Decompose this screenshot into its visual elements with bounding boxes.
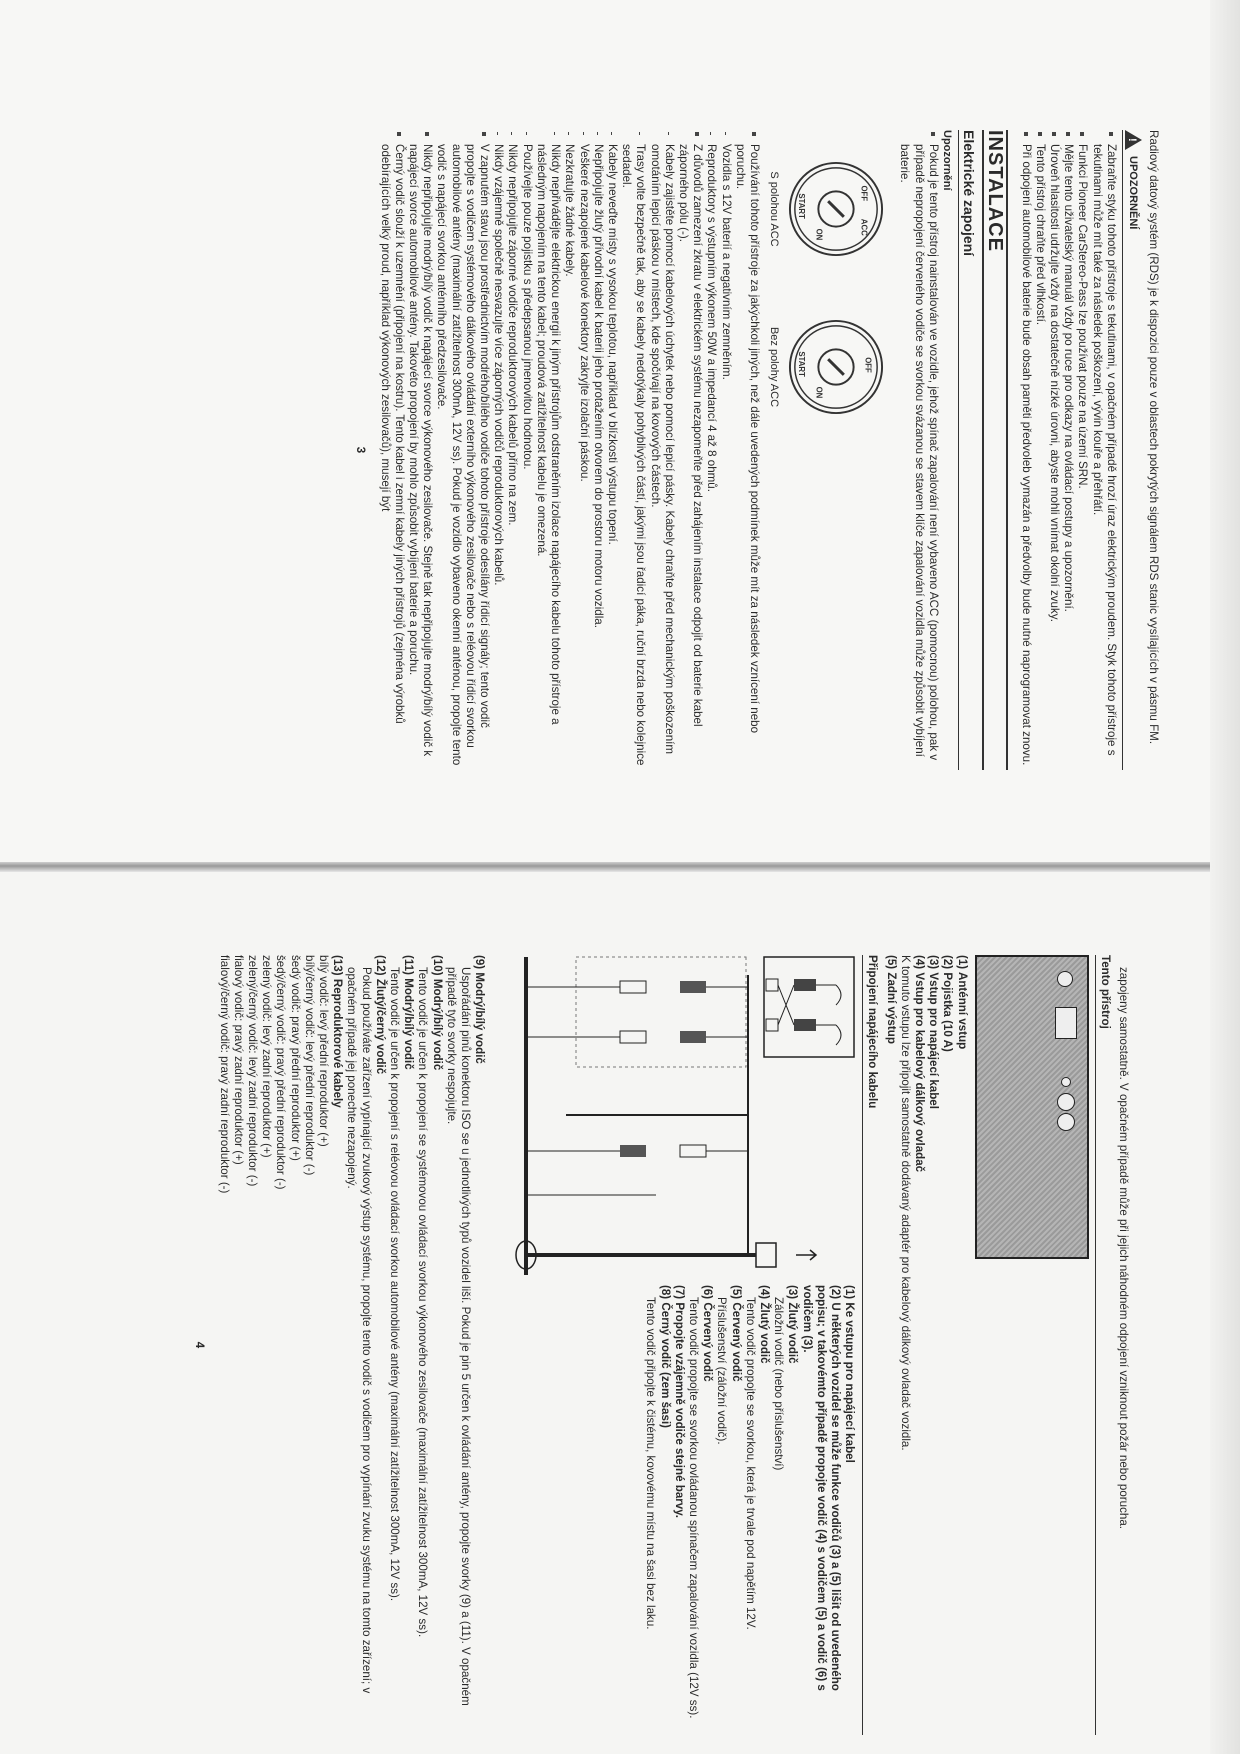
unit-part: (1) Anténní vstup [954, 955, 968, 1735]
wiring-diagram [486, 955, 856, 1275]
rear-output-left-icon [1057, 1093, 1075, 1111]
continuation-text: zapojeny samostatně. V opačném případě m… [1116, 955, 1130, 1735]
warning-triangle-icon [1125, 130, 1142, 150]
speaker-wire: fialový vodič: pravý zadní reproduktor (… [231, 955, 245, 1735]
rule-item: Reproduktory s výstupním výkonem 50W a i… [704, 130, 718, 770]
ignition-lock-acc-icon: OFF ACC ON START [787, 160, 885, 258]
rule-item: Kabely zajistěte pomocí kabelových úchyt… [647, 130, 675, 770]
warning-item: Funkci Pioneer CarStereo-Pass lze použív… [1075, 130, 1089, 770]
antenna-input-icon [1057, 971, 1073, 987]
warning-list: Zabraňte styku tohoto přístroje s tekuti… [1018, 130, 1117, 770]
speaker-wire: bílý/černý vodič: levý přední reprodukto… [302, 955, 316, 1735]
speaker-wire: šedý/černý vodič: pravý přední reprodukt… [273, 955, 287, 1735]
warning-item: Úroveň hlasitosti udržujte vždy na dosta… [1047, 130, 1061, 770]
ignition-key-figures: OFF ACC ON START S polohou ACC OFF ON ST… [767, 160, 885, 770]
rule-item: Nezkratujte žádné kabely. [562, 130, 576, 770]
wire-note: (6) Červený vodičTento vodič propojte se… [686, 1285, 714, 1735]
wire-note: (1) Ke vstupu pro napájecí kabel [842, 1285, 856, 1735]
remote-input-icon [1061, 1077, 1071, 1087]
svg-text:START: START [797, 193, 806, 219]
svg-text:OFF: OFF [860, 185, 869, 201]
rule-item: Kabely neveďte místy s vysokou teplotou,… [605, 130, 619, 770]
page-3: Radiový datový systém (RDS) je k dispozi… [60, 130, 1160, 770]
note-title: Upozornění [940, 130, 954, 770]
svg-text:START: START [797, 351, 806, 377]
rule-item: Černý vodič slouží k uzemnění (připojení… [377, 130, 405, 770]
speaker-wire: šedý vodič: pravý přední reproduktor (+) [287, 955, 301, 1735]
warning-item: Tento přístroj chraňte před vlhkostí. [1033, 130, 1047, 770]
note-text: Pokud je tento přístroj nainstalován ve … [897, 130, 940, 770]
page-4: zapojeny samostatně. V opačném případě m… [30, 955, 1130, 1735]
rule-item: Používání tohoto přístroje za jakýchkoli… [733, 130, 761, 770]
warning-item: Zabraňte styku tohoto přístroje s tekuti… [1089, 130, 1117, 770]
key-caption: Bez polohy ACC [767, 327, 781, 407]
page-fold-divider [0, 862, 1240, 872]
warning-heading: UPOZORNĚNÍ [1122, 130, 1142, 770]
rule-item: Z důvodů zamezení zkratu v elektrickém s… [676, 130, 704, 770]
unit-part: (2) Pojistka (10 A) [940, 955, 954, 1735]
unit-part: (5) Zadní výstup [883, 955, 897, 1735]
unit-part: (3) Vstup pro napájecí kabel [926, 955, 940, 1735]
unit-parts-list: (1) Anténní vstup (2) Pojistka (10 A) (3… [912, 955, 969, 1735]
rear-output-right-icon [1057, 1113, 1075, 1131]
svg-text:ON: ON [815, 387, 824, 399]
wire-note: (9) Modrý/bílý vodičUspořádání pinů kone… [444, 955, 487, 1735]
svg-text:OFF: OFF [864, 357, 873, 373]
note-list: Pokud je tento přístroj nainstalován ve … [897, 130, 940, 770]
rule-item: Nikdy nepřivádějte elektrickou energii k… [534, 130, 562, 770]
unit-part: (4) Vstup pro kabelový dálkový ovladač [912, 955, 926, 1735]
rule-item: Nikdy vzájemně společně nesvazujte více … [491, 130, 505, 770]
wiring-section: (1) Ke vstupu pro napájecí kabel(2) U ně… [486, 955, 856, 1735]
warning-item: Při odpojení automobilové baterie bude o… [1018, 130, 1032, 770]
unit-rear-panel-diagram [975, 955, 1089, 1259]
wire-note: (11) Modrý/bílý vodičTento vodič je urče… [387, 955, 415, 1735]
rule-item: Používejte pouze pojistku s předepsanou … [520, 130, 534, 770]
rule-item: Nikdy nepřipojujte záporné vodiče reprod… [505, 130, 519, 770]
wire-note: (4) Žlutý vodičTento vodič propojte se s… [743, 1285, 771, 1735]
rule-item: Nikdy nepřipojujte modrý/bílý vodič k na… [406, 130, 434, 770]
page-number: 4 [192, 955, 206, 1735]
speaker-wire: zelený/černý vodič: levý zadní reprodukt… [245, 955, 259, 1735]
key-caption: S polohou ACC [767, 171, 781, 246]
rule-item: Nepřipojujte žlutý přívodní kabel k bate… [591, 130, 605, 770]
ignition-with-acc: OFF ACC ON START S polohou ACC [767, 160, 885, 258]
wire-note: (10) Modrý/bílý vodičTento vodič je urče… [415, 955, 443, 1735]
power-cable-heading: Připojení napájecího kabelu [862, 955, 879, 1735]
subsection-title: Elektrické zapojení [958, 130, 976, 770]
unit-heading: Tento přístroj [1095, 955, 1112, 1735]
wire-note: (2) U některých vozidel se může funkce v… [799, 1285, 842, 1735]
svg-text:ON: ON [815, 229, 824, 241]
rule-item: Trasy volte bezpečně tak, aby se kabely … [619, 130, 647, 770]
lower-wire-notes: (9) Modrý/bílý vodičUspořádání pinů kone… [330, 955, 486, 1735]
warning-heading-text: UPOZORNĚNÍ [1126, 156, 1140, 229]
wire-note: (8) Černý vodič (zem šasi)Tento vodič př… [643, 1285, 671, 1735]
speaker-wire: zelený vodič: levý zadní reproduktor (+) [259, 955, 273, 1735]
scan-edge [1210, 0, 1240, 1754]
wire-note: (12) Žlutý/černý vodičPokud používáte za… [344, 955, 387, 1735]
wire-note: (13) Reproduktorové kabely [330, 955, 344, 1735]
rule-item: V zapnutém stavu jsou prostřednictvím mo… [434, 130, 491, 770]
power-connector-icon [1055, 1007, 1077, 1039]
rule-item: Veškeré nezapojené kabelové konektory za… [576, 130, 590, 770]
unit-note: K tomuto vstupu lze připojit samostatně … [898, 955, 912, 1735]
wire-note: (7) Propojte vzájemně vodiče stejné barv… [672, 1285, 686, 1735]
speaker-wire: bílý vodič: levý přední reproduktor (+) [316, 955, 330, 1735]
speaker-wire-list: bílý vodič: levý přední reproduktor (+)b… [216, 955, 330, 1735]
speaker-wire: fialový/černý vodič: pravý zadní reprodu… [216, 955, 230, 1735]
svg-text:ACC: ACC [860, 219, 869, 236]
ignition-lock-no-acc-icon: OFF ON START [787, 318, 885, 416]
wire-note: (5) Červený vodičPříslušenství (záložní … [714, 1285, 742, 1735]
rule-item: Vozidla s 12V baterií a negativním zemně… [718, 130, 732, 770]
warning-item: Mějte tento uživatelský manuál vždy po r… [1061, 130, 1075, 770]
rds-intro: Radiový datový systém (RDS) je k dispozi… [1146, 130, 1160, 770]
ignition-without-acc: OFF ON START Bez polohy ACC [767, 318, 885, 416]
wire-notes: (1) Ke vstupu pro napájecí kabel(2) U ně… [486, 1285, 856, 1735]
section-title: INSTALACE [982, 130, 1008, 770]
wire-note: (3) Žlutý vodičZáložní vodič (nebo přísl… [771, 1285, 799, 1735]
installation-rules-list: Používání tohoto přístroje za jakýchkoli… [377, 130, 760, 770]
page-number: 3 [353, 130, 367, 770]
